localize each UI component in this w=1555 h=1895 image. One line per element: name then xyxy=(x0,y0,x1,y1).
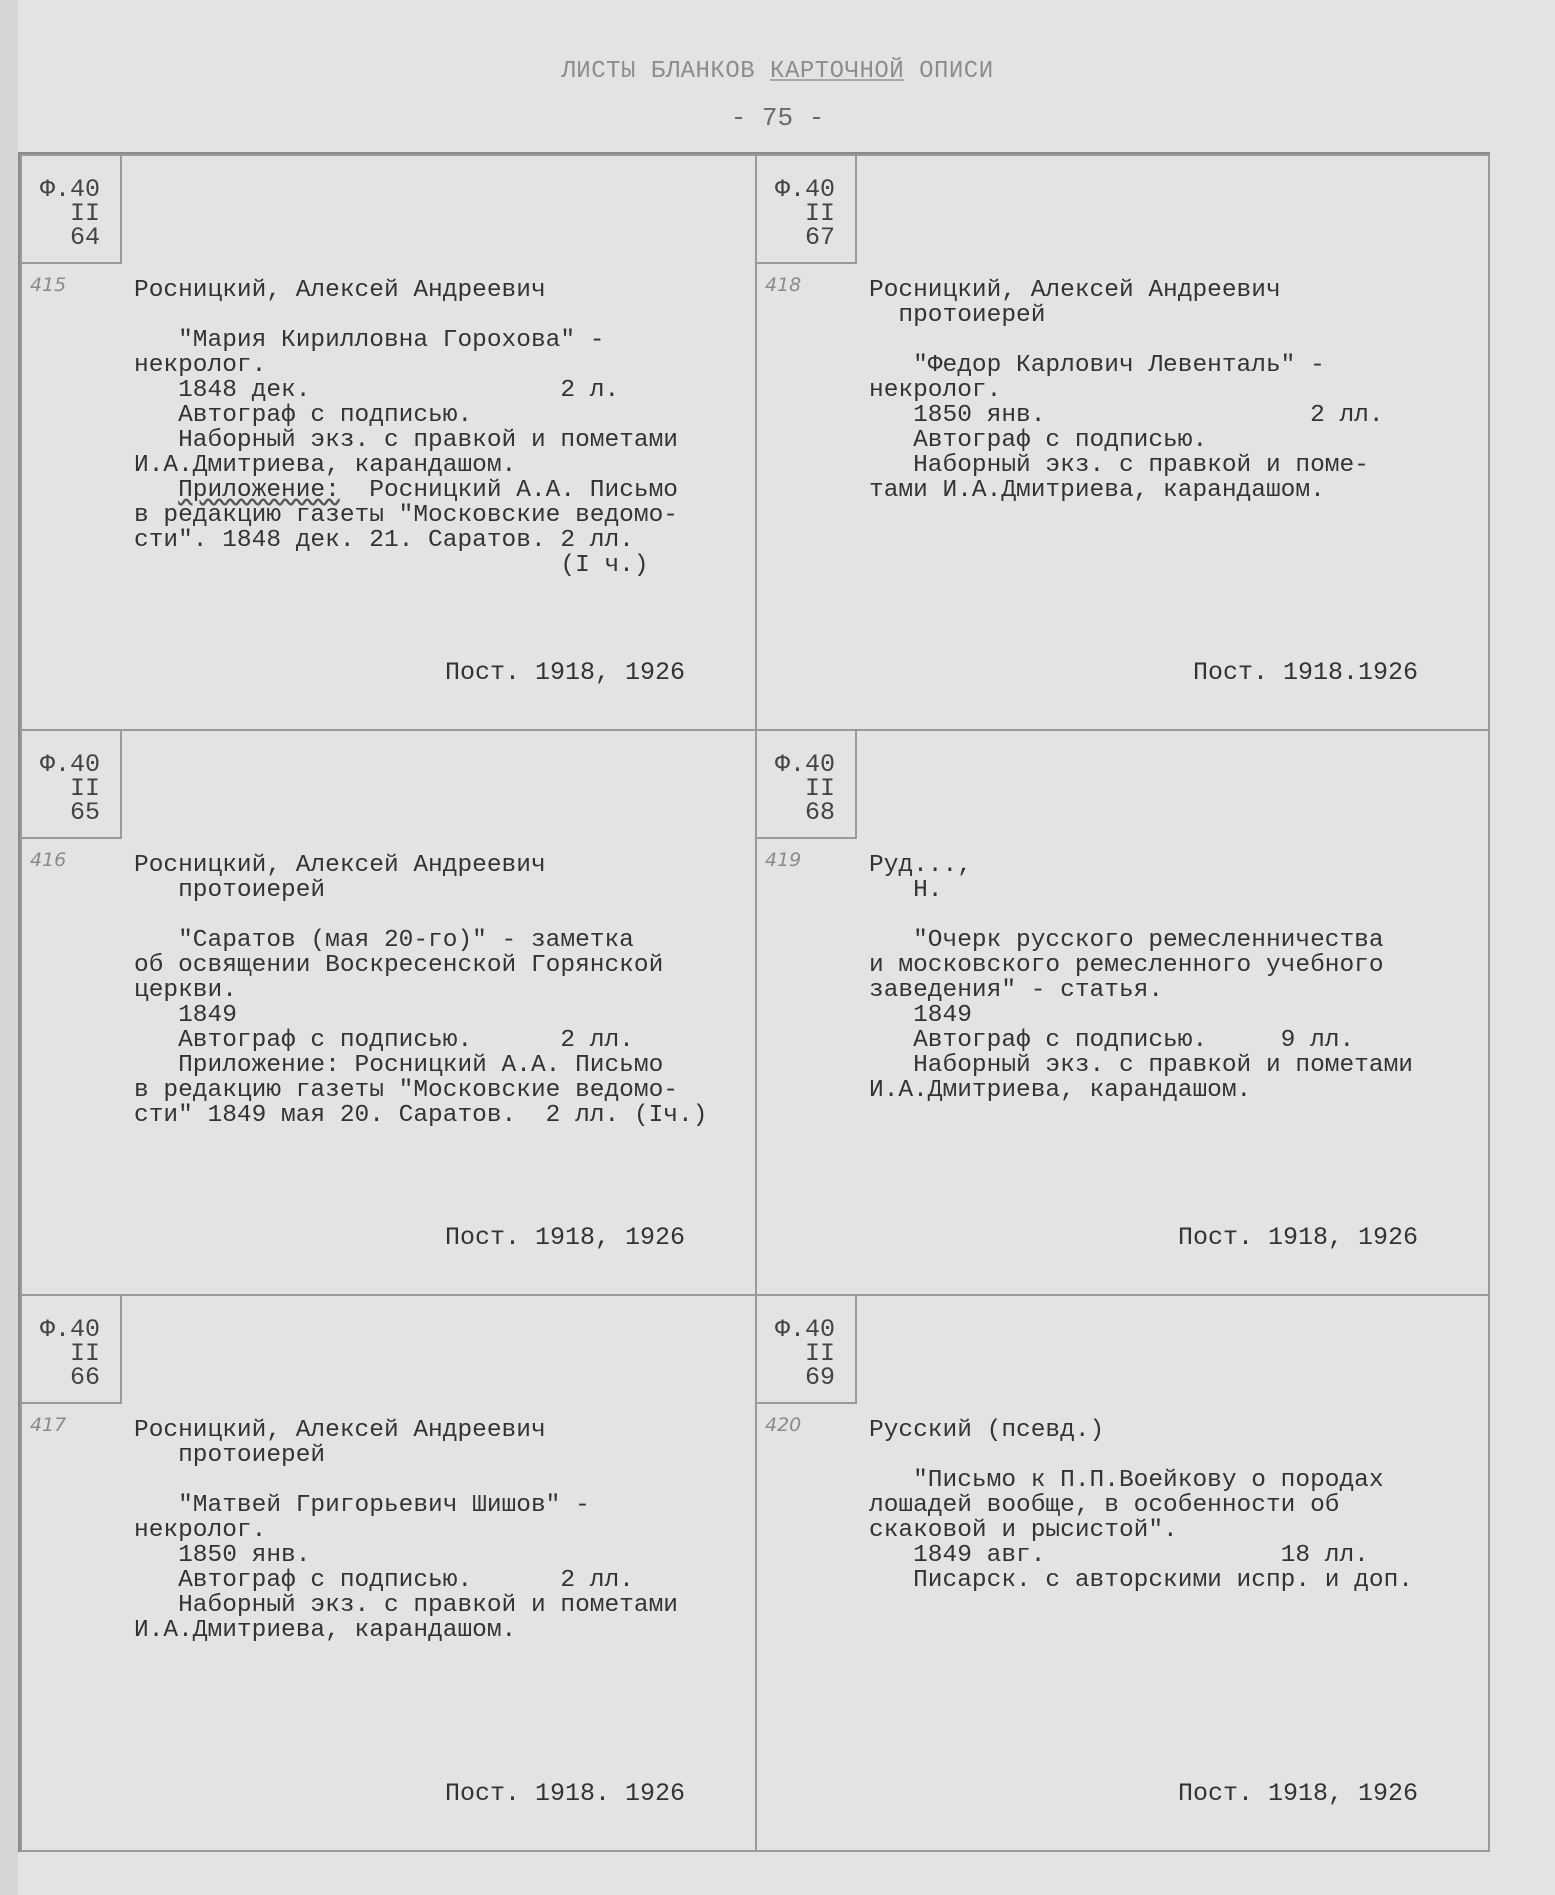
catalog-card: Ф.40 II 68 419 Руд..., Н. "Очерк русског… xyxy=(755,729,1490,1296)
card-line: Автограф с подписью. 9 лл. xyxy=(869,1028,1464,1053)
card-line xyxy=(869,903,1464,928)
card-line xyxy=(869,1443,1464,1468)
card-line: 1848 дек. 2 л. xyxy=(134,378,731,403)
card-line: "Матвей Григорьевич Шишов" - xyxy=(134,1493,731,1518)
card-body: Росницкий, Алексей Андреевич протоиерей … xyxy=(134,1418,731,1643)
card-line: Росницкий, Алексей Андреевич xyxy=(134,853,731,878)
card-line: (I ч.) xyxy=(134,553,731,578)
card-line: Н. xyxy=(869,878,1464,903)
card-line: некролог. xyxy=(869,378,1464,403)
card-line: некролог. xyxy=(134,1518,731,1543)
catalog-card: Ф.40 II 67 418 Росницкий, Алексей Андрее… xyxy=(755,154,1490,731)
card-line: И.А.Дмитриева, карандашом. xyxy=(134,453,731,478)
shelfmark-item: 67 xyxy=(757,226,835,250)
card-line: Росницкий, Алексей Андреевич xyxy=(869,278,1464,303)
card-line: "Федор Карлович Левенталь" - xyxy=(869,353,1464,378)
page-header: ЛИСТЫ БЛАНКОВ КАРТОЧНОЙ ОПИСИ xyxy=(0,58,1555,85)
card-line: Наборный экз. с правкой и поме- xyxy=(869,453,1464,478)
card-footer: Пост. 1918, 1926 xyxy=(1178,1223,1418,1252)
card-line: в редакцию газеты "Московские ведомо- xyxy=(134,1078,731,1103)
card-line: Росницкий, Алексей Андреевич xyxy=(134,278,731,303)
inventory-number: 420 xyxy=(765,1414,801,1436)
card-line: Приложение: Росницкий А.А. Письмо xyxy=(134,478,731,503)
shelfmark-item: 68 xyxy=(757,801,835,825)
shelfmark-item: 66 xyxy=(22,1366,100,1390)
shelfmark-item: 65 xyxy=(22,801,100,825)
card-line: Наборный экз. с правкой и пометами xyxy=(134,1593,731,1618)
card-line: 1849 xyxy=(869,1003,1464,1028)
card-line xyxy=(134,1468,731,1493)
card-line: 1849 авг. 18 лл. xyxy=(869,1543,1464,1568)
shelfmark-item: 64 xyxy=(22,226,100,250)
card-line: Росницкий, Алексей Андреевич xyxy=(134,1418,731,1443)
card-line: некролог. xyxy=(134,353,731,378)
header-title-part2: КАРТОЧНОЙ xyxy=(770,58,904,85)
card-line: "Письмо к П.П.Воейкову о породах xyxy=(869,1468,1464,1493)
card-line: Руд..., xyxy=(869,853,1464,878)
shelfmark-box: Ф.40 II 68 xyxy=(757,731,857,839)
card-body: Руд..., Н. "Очерк русского ремесленничес… xyxy=(869,853,1464,1103)
card-line: сти". 1848 дек. 21. Саратов. 2 лл. xyxy=(134,528,731,553)
card-body: Росницкий, Алексей Андреевич протоиерей … xyxy=(869,278,1464,503)
shelfmark-box: Ф.40 II 67 xyxy=(757,156,857,264)
card-line: "Мария Кирилловна Горохова" - xyxy=(134,328,731,353)
card-line: и московского ремесленного учебного xyxy=(869,953,1464,978)
catalog-card: Ф.40 II 64 415 Росницкий, Алексей Андрее… xyxy=(20,154,757,731)
card-line: Писарск. с авторскими испр. и доп. xyxy=(869,1568,1464,1593)
card-sheet: Ф.40 II 64 415 Росницкий, Алексей Андрее… xyxy=(18,152,1490,1852)
card-line: церкви. xyxy=(134,978,731,1003)
catalog-card: Ф.40 II 69 420 Русский (псевд.) "Письмо … xyxy=(755,1294,1490,1852)
card-line xyxy=(869,328,1464,353)
card-footer: Пост. 1918, 1926 xyxy=(445,658,685,687)
appendix-label: Приложение: xyxy=(178,477,340,504)
card-line xyxy=(134,903,731,928)
card-body: Росницкий, Алексей Андреевич протоиерей … xyxy=(134,853,731,1128)
card-line: "Саратов (мая 20-го)" - заметка xyxy=(134,928,731,953)
shelfmark-box: Ф.40 II 64 xyxy=(22,156,122,264)
card-line: Русский (псевд.) xyxy=(869,1418,1464,1443)
card-line: протоиерей xyxy=(134,1443,731,1468)
card-line: 1850 янв. xyxy=(134,1543,731,1568)
header-title-part3: ОПИСИ xyxy=(919,58,994,85)
card-line: И.А.Дмитриева, карандашом. xyxy=(869,1078,1464,1103)
card-line: 1849 xyxy=(134,1003,731,1028)
catalog-card: Ф.40 II 65 416 Росницкий, Алексей Андрее… xyxy=(20,729,757,1296)
card-body: Русский (псевд.) "Письмо к П.П.Воейкову … xyxy=(869,1418,1464,1593)
inventory-number: 419 xyxy=(765,849,801,871)
card-line: Наборный экз. с правкой и пометами xyxy=(869,1053,1464,1078)
card-line: тами И.А.Дмитриева, карандашом. xyxy=(869,478,1464,503)
card-line: протоиерей xyxy=(134,878,731,903)
card-footer: Пост. 1918. 1926 xyxy=(445,1779,685,1808)
card-line: Наборный экз. с правкой и пометами xyxy=(134,428,731,453)
card-footer: Пост. 1918, 1926 xyxy=(445,1223,685,1252)
card-line: И.А.Дмитриева, карандашом. xyxy=(134,1618,731,1643)
card-footer: Пост. 1918.1926 xyxy=(1193,658,1418,687)
card-line: об освящении Воскресенской Горянской xyxy=(134,953,731,978)
card-line: в редакцию газеты "Московские ведомо- xyxy=(134,503,731,528)
header-title-part1: ЛИСТЫ БЛАНКОВ xyxy=(561,58,755,85)
shelfmark-item: 69 xyxy=(757,1366,835,1390)
card-line: Автограф с подписью. xyxy=(134,403,731,428)
card-line: скаковой и рысистой". xyxy=(869,1518,1464,1543)
inventory-number: 416 xyxy=(30,849,66,871)
shelfmark-box: Ф.40 II 66 xyxy=(22,1296,122,1404)
card-line: Автограф с подписью. 2 лл. xyxy=(134,1568,731,1593)
catalog-card: Ф.40 II 66 417 Росницкий, Алексей Андрее… xyxy=(20,1294,757,1852)
card-line: сти" 1849 мая 20. Саратов. 2 лл. (Iч.) xyxy=(134,1103,731,1128)
card-line: "Очерк русского ремесленничества xyxy=(869,928,1464,953)
card-line: лошадей вообще, в особенности об xyxy=(869,1493,1464,1518)
page-number: - 75 - xyxy=(0,103,1555,133)
page-edge xyxy=(0,0,18,1895)
card-line: заведения" - статья. xyxy=(869,978,1464,1003)
card-line: 1850 янв. 2 лл. xyxy=(869,403,1464,428)
inventory-number: 415 xyxy=(30,274,66,296)
inventory-number: 418 xyxy=(765,274,801,296)
card-line: протоиерей xyxy=(869,303,1464,328)
card-line: Приложение: Росницкий А.А. Письмо xyxy=(134,1053,731,1078)
card-body: Росницкий, Алексей Андреевич "Мария Кири… xyxy=(134,278,731,578)
card-line xyxy=(134,303,731,328)
card-line: Автограф с подписью. xyxy=(869,428,1464,453)
shelfmark-box: Ф.40 II 69 xyxy=(757,1296,857,1404)
shelfmark-box: Ф.40 II 65 xyxy=(22,731,122,839)
card-line: Автограф с подписью. 2 лл. xyxy=(134,1028,731,1053)
inventory-number: 417 xyxy=(30,1414,66,1436)
card-footer: Пост. 1918, 1926 xyxy=(1178,1779,1418,1808)
